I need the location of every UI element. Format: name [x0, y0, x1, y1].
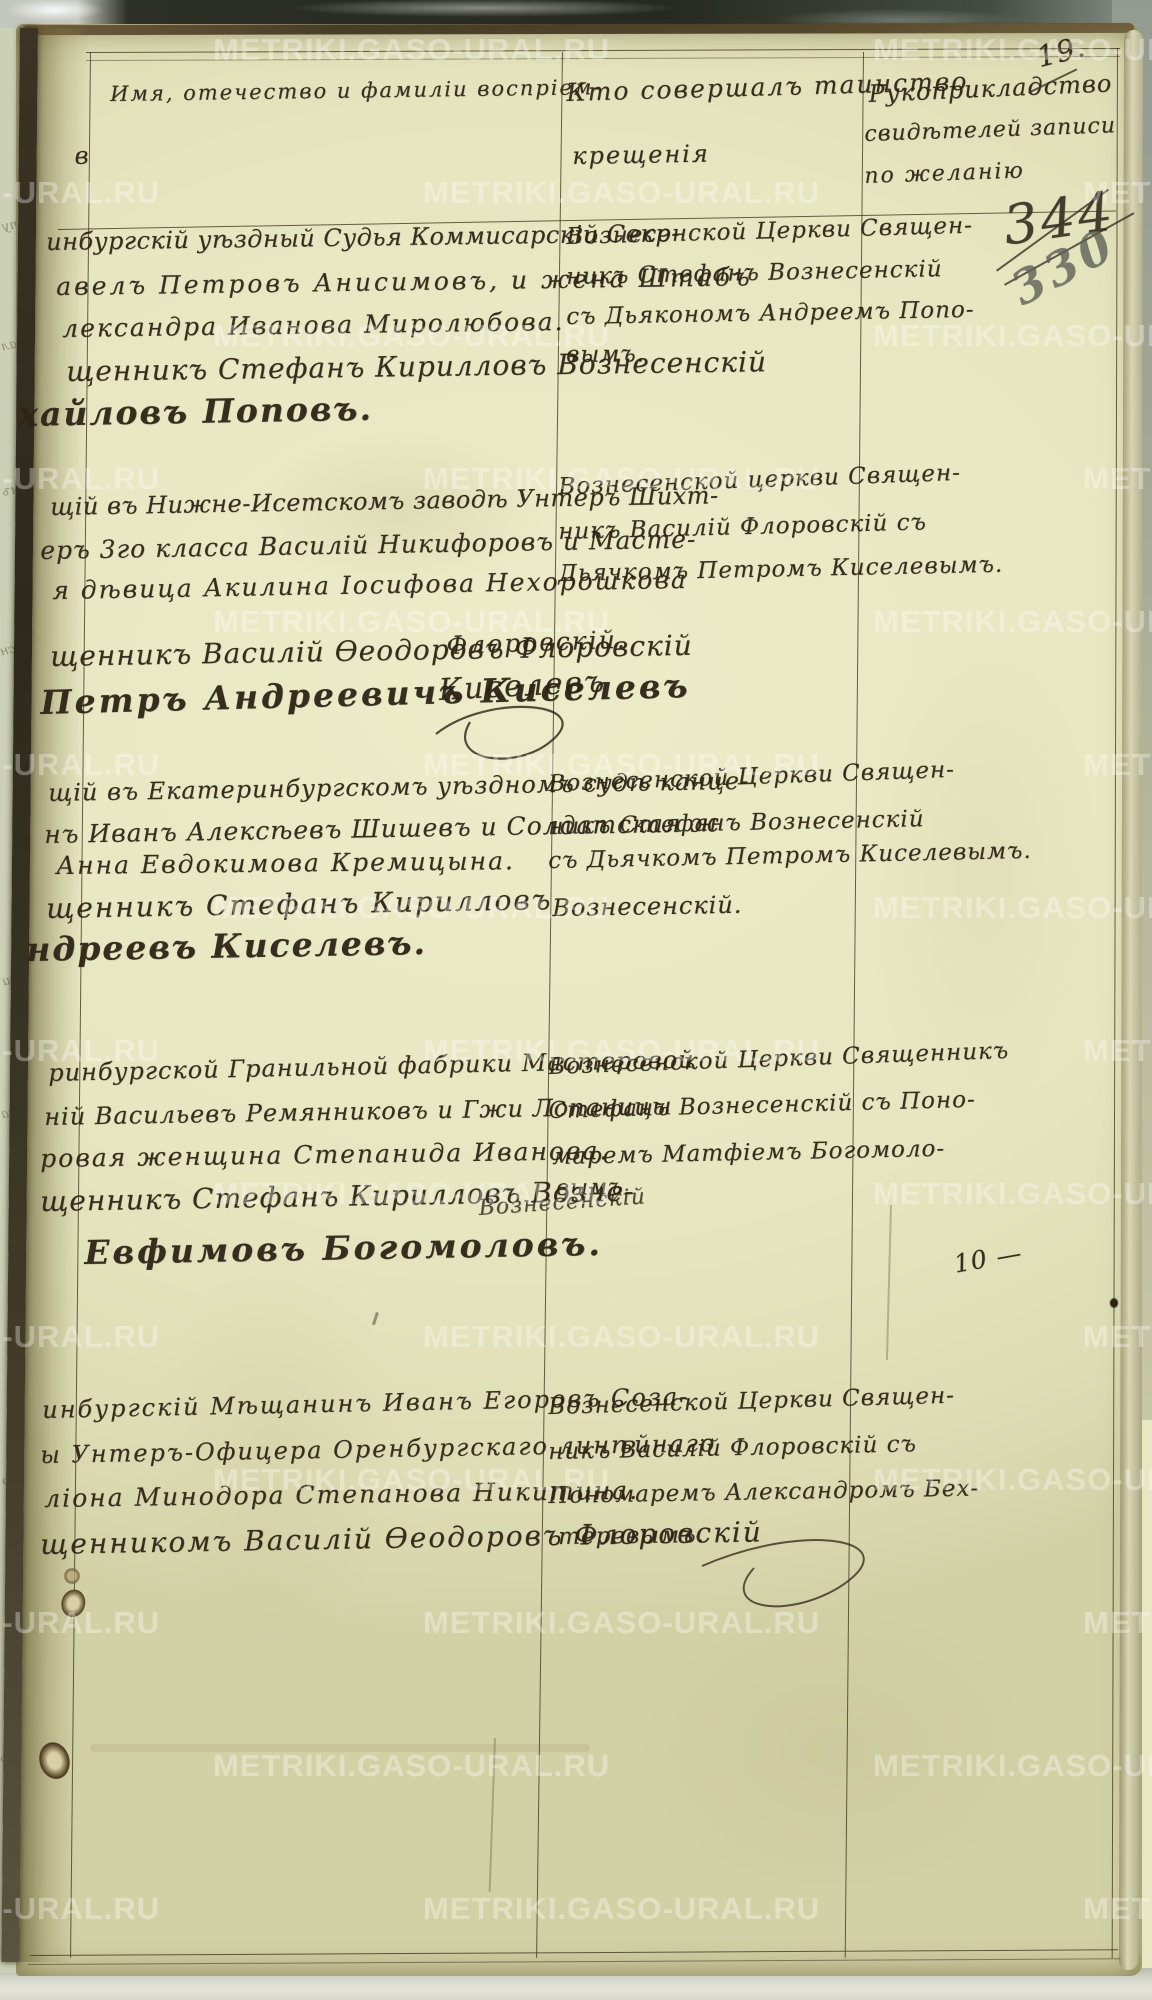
paper-stain — [620, 1600, 1050, 1900]
header-performer-line2: крещенія — [572, 142, 710, 168]
record1-godparents-signature: хайловъ Поповъ. — [18, 392, 373, 431]
record3-godparents-line3: Анна Евдокимова Кремицына. — [56, 848, 515, 878]
header-godparents-line2: в — [74, 143, 90, 168]
record1-godparents-line3: лександра Иванова Миролюбова. — [62, 309, 565, 341]
record5-performer-line4: теревымъ. — [558, 1524, 705, 1549]
record1-performer-line4: вымъ. — [566, 343, 645, 367]
record4-godparents-line3: ровая женщина Степанида Иванова. — [40, 1138, 610, 1171]
header-signatures-line3: по желанію — [864, 160, 1025, 188]
record3-godparents-line4: щенникъ Стефанъ Кирилловъ — [46, 886, 553, 923]
record2-priest-signature: Флоровскій. — [446, 627, 627, 658]
edge-wormhole — [1108, 1296, 1120, 1310]
record4-godparents-signature: Евфимовъ Богомоловъ. — [84, 1227, 603, 1269]
record3-godparents-signature: ндреевъ Киселевъ. — [26, 926, 427, 966]
signature-flourish — [688, 1538, 928, 1633]
paper-scratch — [90, 1744, 590, 1752]
record3-performer-signature: Вознесенскій. — [552, 893, 743, 920]
signature-flourish — [428, 700, 613, 772]
metric-book-scan: ту ал мъ сн ри ва ло ъ Имя, отечество и … — [0, 0, 1152, 2000]
wormhole — [62, 1566, 82, 1586]
